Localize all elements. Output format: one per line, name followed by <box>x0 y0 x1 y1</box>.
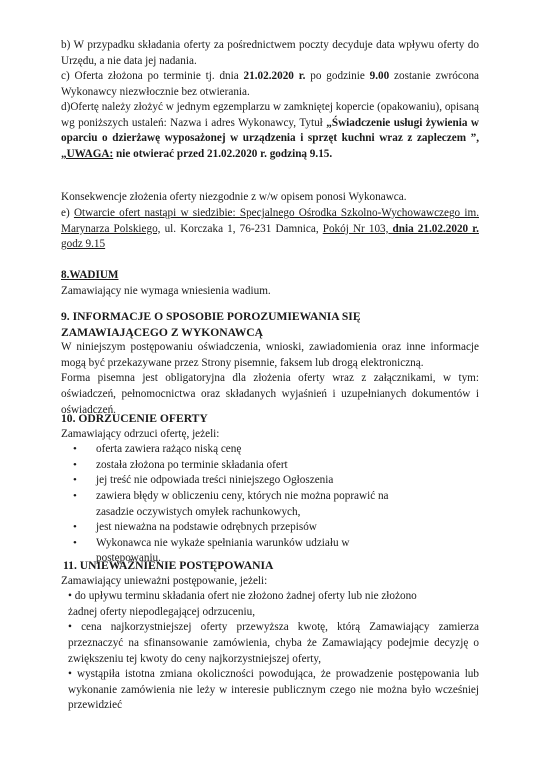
para-7b: b) W przypadku składania oferty za pośre… <box>61 38 479 69</box>
section-9-para-1: W niniejszym postępowaniu oświadczenia, … <box>61 340 479 371</box>
para-7c-time: 9.00 <box>370 70 390 82</box>
list-item: • do upływu terminu składania ofert nie … <box>68 589 428 620</box>
para-7e-date: dnia 21.02.2020 r. <box>388 223 479 235</box>
section-8-heading: 8.WADIUM <box>61 268 479 284</box>
para-7c-mid: po godzinie <box>305 70 369 82</box>
section-8: 8.WADIUM Zamawiający nie wymaga wniesien… <box>61 268 479 299</box>
list-item: jej treść nie odpowiada treści niniejsze… <box>61 473 401 489</box>
list-item: • cena najkorzystniejszej oferty przewyż… <box>68 620 479 667</box>
section-10-heading: 10. ODRZUCENIE OFERTY <box>61 411 479 427</box>
para-7e-room: Pokój Nr 103, <box>323 223 389 235</box>
rejection-list: oferta zawiera rażąco niską cenę została… <box>61 442 401 567</box>
section-10-intro: Zamawiający odrzuci ofertę, jeżeli: <box>61 427 479 443</box>
para-7e-pre: e) <box>61 207 74 219</box>
consequence-text: Konsekwencje złożenia oferty niezgodnie … <box>61 191 407 203</box>
section-9-heading: 9. INFORMACJE O SPOSOBIE POROZUMIEWANIA … <box>61 309 461 340</box>
para-7e: e) Otwarcie ofert nastąpi w siedzibie: S… <box>61 206 479 253</box>
para-7d: d)Ofertę należy złożyć w jednym egzempla… <box>61 100 479 162</box>
list-item: • wystąpiła istotna zmiana okoliczności … <box>68 667 479 714</box>
para-7b-text: b) W przypadku składania oferty za pośre… <box>61 39 479 67</box>
section-11-heading: 11. UNIEWAŻNIENIE POSTĘPOWANIA <box>61 558 479 574</box>
section-9: 9. INFORMACJE O SPOSOBIE POROZUMIEWANIA … <box>61 309 479 418</box>
list-item: została złożona po terminie składania of… <box>61 458 401 474</box>
para-7e-address: ul. Korczaka 1, 76-231 Damnica, <box>160 223 322 235</box>
document-page: b) W przypadku składania oferty za pośre… <box>0 0 538 768</box>
section-11-intro: Zamawiający unieważni postępowanie, jeże… <box>61 574 479 590</box>
section-11: 11. UNIEWAŻNIENIE POSTĘPOWANIA Zamawiają… <box>61 558 479 714</box>
list-item: jest nieważna na podstawie odrębnych prz… <box>61 520 401 536</box>
para-consequence: Konsekwencje złożenia oferty niezgodnie … <box>61 190 479 206</box>
para-7c-date: 21.02.2020 r. <box>244 70 306 82</box>
annulment-list: • do upływu terminu składania ofert nie … <box>61 589 479 714</box>
list-item: oferta zawiera rażąco niską cenę <box>61 442 401 458</box>
para-7d-warning-text: nie otwierać przed 21.02.2020 r. godziną… <box>113 148 332 160</box>
para-7c: c) Oferta złożona po terminie tj. dnia 2… <box>61 69 479 100</box>
section-8-text: Zamawiający nie wymaga wniesienia wadium… <box>61 284 479 300</box>
list-item: zawiera błędy w obliczeniu ceny, których… <box>61 489 401 520</box>
section-10: 10. ODRZUCENIE OFERTY Zamawiający odrzuc… <box>61 411 479 567</box>
para-7e-time: godz 9.15 <box>61 238 105 250</box>
para-7c-pre: c) Oferta złożona po terminie tj. dnia <box>61 70 244 82</box>
para-7d-warning: „UWAGA: <box>61 148 113 160</box>
